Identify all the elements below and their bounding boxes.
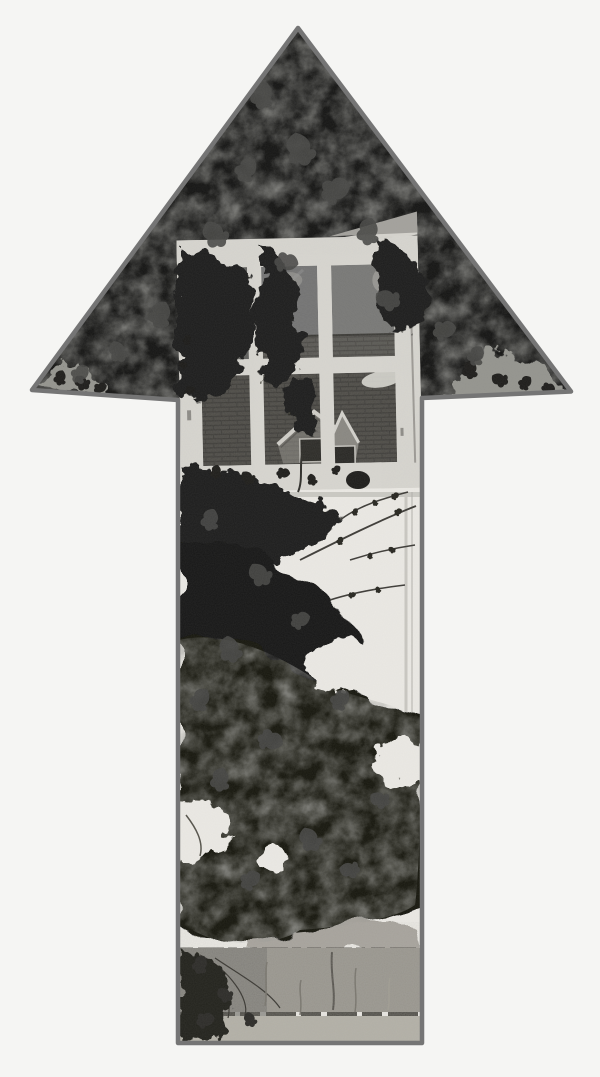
arrow-photo-svg [0, 0, 600, 1077]
screenshot-root [0, 0, 600, 1077]
arrow-photo [0, 0, 600, 1077]
photo-grain [0, 0, 600, 1077]
